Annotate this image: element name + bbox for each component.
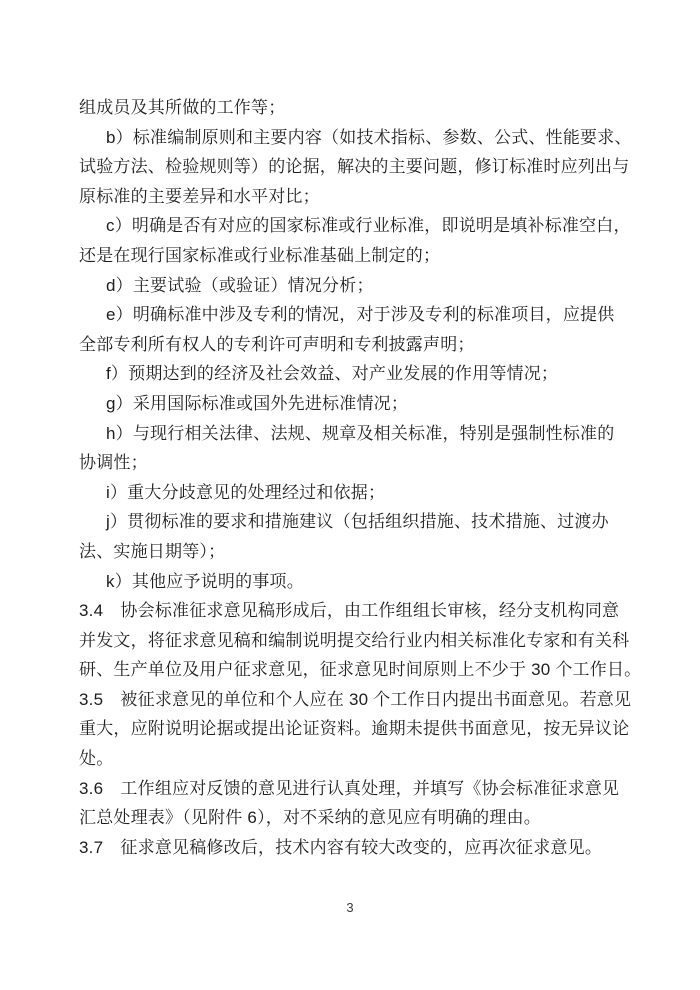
document-page: 组成员及其所做的工作等； b）标准编制原则和主要内容（如技术指标、参数、公式、性… <box>0 0 700 990</box>
text-line: 协调性； <box>79 448 627 478</box>
text-line: 研、生产单位及用户征求意见，征求意见时间原则上不少于 30 个工作日。 <box>79 655 627 685</box>
text-line: 汇总处理表》（见附件 6），对不采纳的意见应有明确的理由。 <box>79 803 627 833</box>
text-line-item-j: j）贯彻标准的要求和措施建议（包括组织措施、技术措施、过渡办 <box>79 507 627 537</box>
text-line-item-b: b）标准编制原则和主要内容（如技术指标、参数、公式、性能要求、 <box>79 123 627 153</box>
text-line: 重大，应附说明论据或提出论证资料。逾期未提供书面意见，按无异议论 <box>79 714 627 744</box>
text-line: 处。 <box>79 744 627 774</box>
text-line-clause-3-7: 3.7 征求意见稿修改后，技术内容有较大改变的，应再次征求意见。 <box>79 833 627 863</box>
text-line: 法、实施日期等）； <box>79 537 627 567</box>
text-line: 组成员及其所做的工作等； <box>79 93 627 123</box>
text-line-clause-3-6: 3.6 工作组应对反馈的意见进行认真处理，并填写《协会标准征求意见 <box>79 774 627 804</box>
text-line: 试验方法、检验规则等）的论据，解决的主要问题，修订标准时应列出与 <box>79 152 627 182</box>
text-line: 并发文，将征求意见稿和编制说明提交给行业内相关标准化专家和有关科 <box>79 626 627 656</box>
text-line-clause-3-4: 3.4 协会标准征求意见稿形成后，由工作组组长审核，经分支机构同意 <box>79 596 627 626</box>
text-line-item-c: c）明确是否有对应的国家标准或行业标准，即说明是填补标准空白， <box>79 211 627 241</box>
text-line-item-e: e）明确标准中涉及专利的情况，对于涉及专利的标准项目，应提供 <box>79 300 627 330</box>
text-line-item-k: k）其他应予说明的事项。 <box>79 567 627 597</box>
document-body: 组成员及其所做的工作等； b）标准编制原则和主要内容（如技术指标、参数、公式、性… <box>79 93 627 862</box>
text-line-item-g: g）采用国际标准或国外先进标准情况； <box>79 389 627 419</box>
page-number: 3 <box>0 900 700 915</box>
text-line-item-d: d）主要试验（或验证）情况分析； <box>79 271 627 301</box>
text-line-item-f: f）预期达到的经济及社会效益、对产业发展的作用等情况； <box>79 359 627 389</box>
text-line: 原标准的主要差异和水平对比； <box>79 182 627 212</box>
text-line-item-h: h）与现行相关法律、法规、规章及相关标准，特别是强制性标准的 <box>79 419 627 449</box>
text-line: 全部专利所有权人的专利许可声明和专利披露声明； <box>79 330 627 360</box>
text-line: 还是在现行国家标准或行业标准基础上制定的； <box>79 241 627 271</box>
text-line-item-i: i）重大分歧意见的处理经过和依据； <box>79 478 627 508</box>
text-line-clause-3-5: 3.5 被征求意见的单位和个人应在 30 个工作日内提出书面意见。若意见 <box>79 685 627 715</box>
